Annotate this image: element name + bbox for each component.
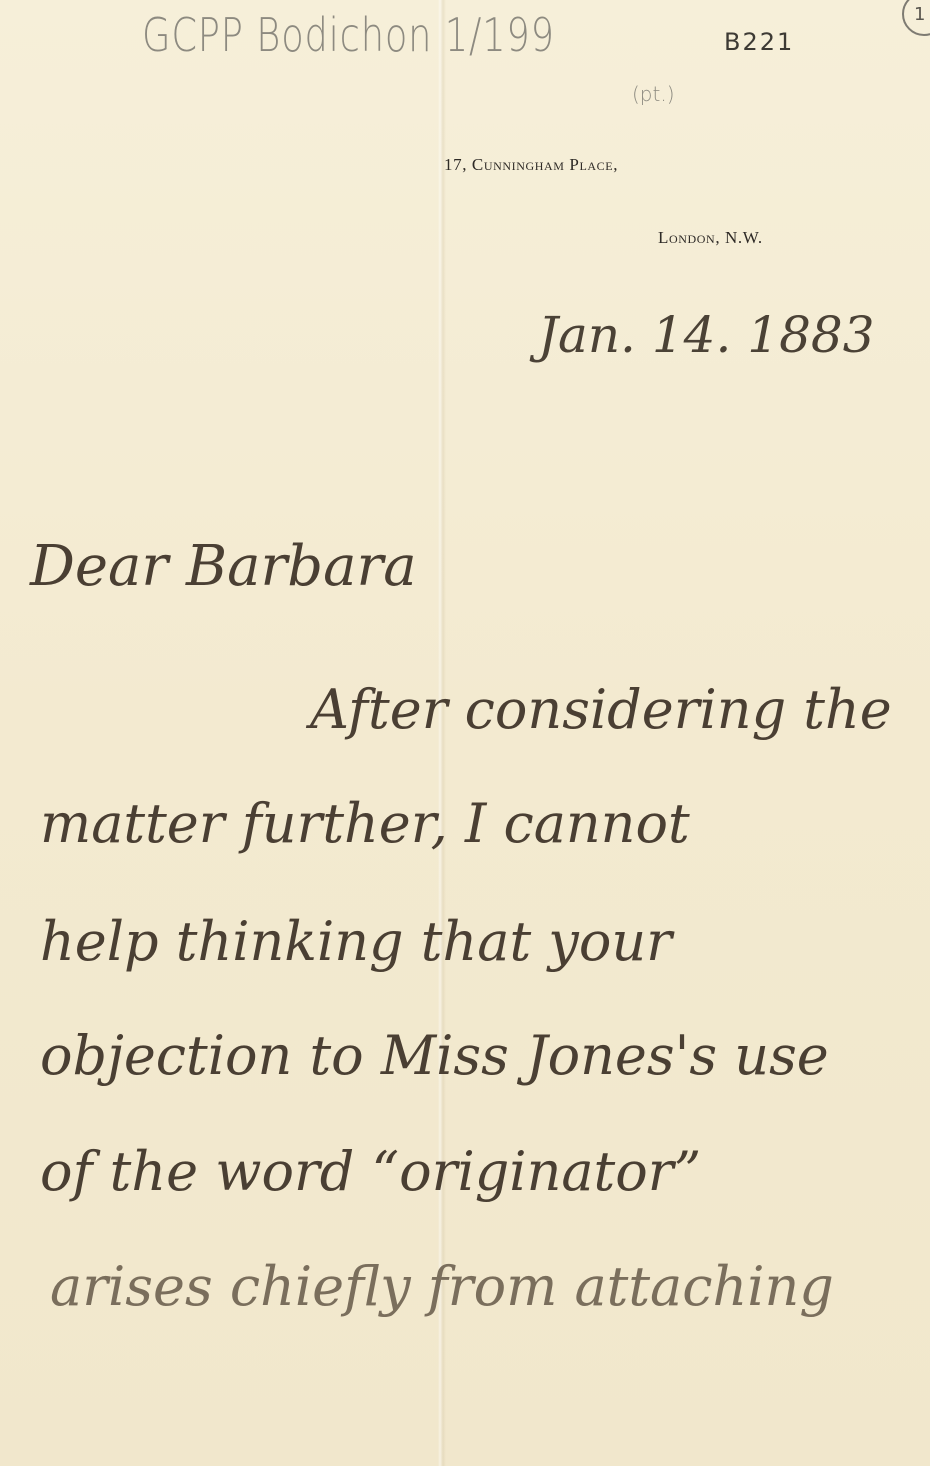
letter-date: Jan. 14. 1883 <box>538 306 875 364</box>
letterhead-address-line1: 17, Cunningham Place, <box>444 155 618 175</box>
body-line: of the word “originator” <box>40 1140 701 1203</box>
archive-reference: GCPP Bodichon 1/199 <box>142 8 555 62</box>
archive-part-note: (pt.) <box>632 82 675 106</box>
body-line: objection to Miss Jones's use <box>40 1024 829 1087</box>
box-reference: B221 <box>724 28 794 56</box>
body-line: arises chiefly from attaching <box>50 1255 834 1318</box>
body-line: After considering the <box>310 678 892 741</box>
letterhead-address-line2: London, N.W. <box>658 228 763 248</box>
salutation: Dear Barbara <box>30 534 417 599</box>
body-line: matter further, I cannot <box>40 792 690 855</box>
body-line: help thinking that your <box>40 910 672 973</box>
page-number: 1 <box>914 4 925 25</box>
